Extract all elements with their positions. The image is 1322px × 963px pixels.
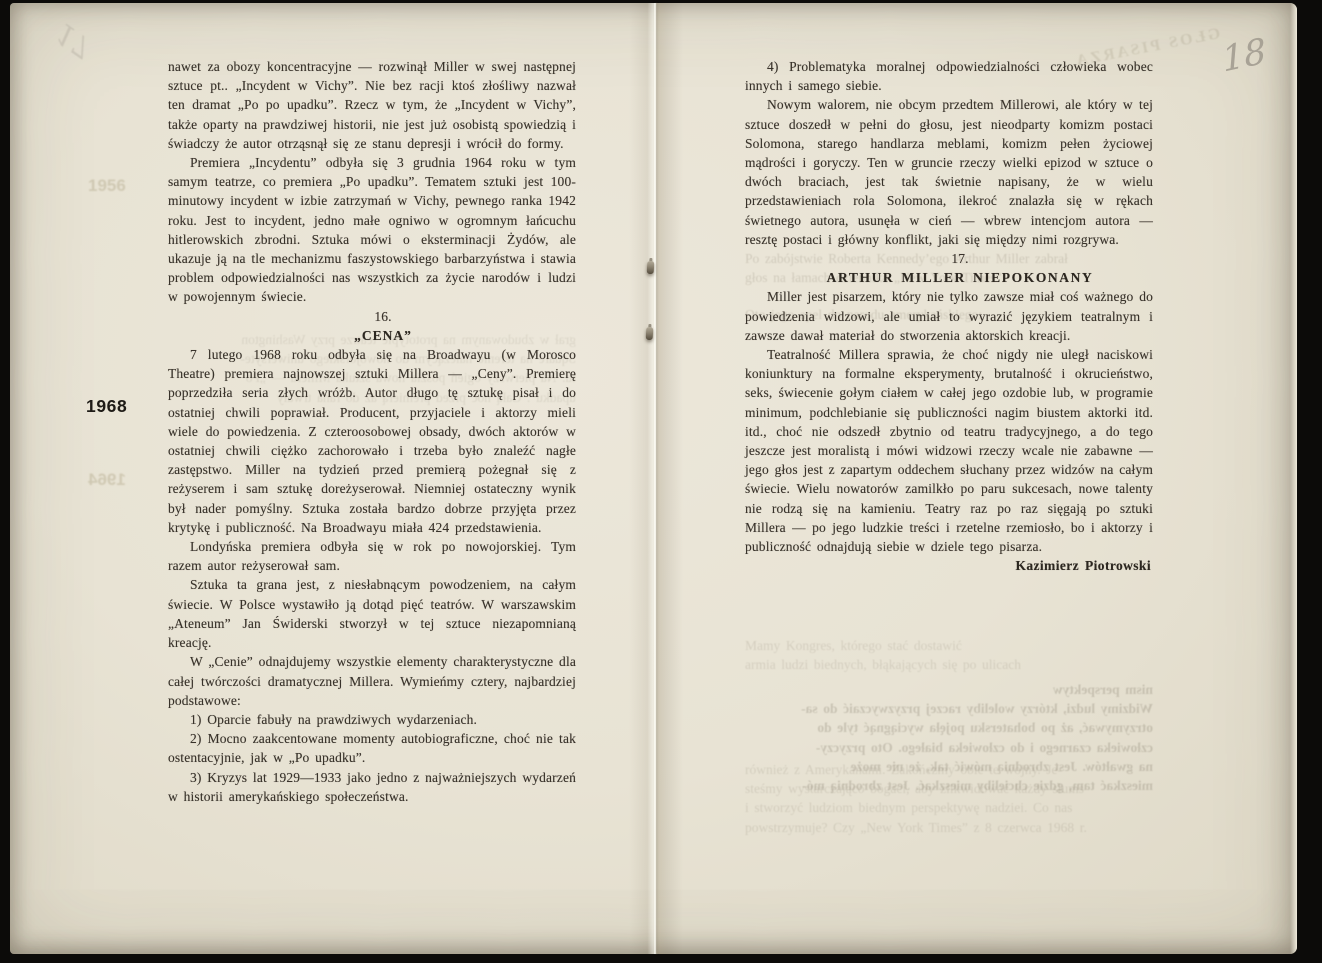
section-number: 17. [745,249,1153,268]
gutter-shadow [629,3,683,954]
staple-bottom [646,327,654,340]
gutter-fold [654,3,656,954]
paragraph: Teatralność Millera sprawia, że choć nig… [745,345,1153,556]
numbered-item: 4) Problematyka moralnej odpowiedzialnoś… [745,57,1153,95]
paragraph: nawet za obozy koncentracyjne — rozwinął… [168,57,576,153]
section-number: 16. [168,307,576,326]
numbered-item: 2) Mocno zaakcentowane momenty autobiogr… [168,729,576,767]
ghost-text-right-bottom-b: również z Amerykanami. Zakończmy obie te… [745,760,1153,837]
paragraph: Nowym walorem, nie obcym przedtem Miller… [745,95,1153,249]
margin-year-label: 1968 [86,396,127,417]
paragraph: Premiera „Incydentu” odbyła się 3 grudni… [168,153,576,307]
left-page-column: nawet za obozy koncentracyjne — rozwinął… [168,57,576,806]
ghost-text-right-bottom-a: Mamy Kongres, którego stać dostawić armi… [745,636,1153,674]
right-page-edge [1290,3,1297,954]
paragraph: 7 lutego 1968 roku odbyła się na Broadwa… [168,345,576,537]
staple-top [647,261,655,274]
ghost-margin-year-1964: 1964 [88,470,126,490]
paragraph: Sztuka ta grana jest, z niesłabnącym pow… [168,575,576,652]
numbered-item: 1) Oparcie fabuły na prawdziwych wydarze… [168,710,576,729]
right-page-column: 4) Problematyka moralnej odpowiedzialnoś… [745,57,1153,575]
numbered-item: 3) Kryzys lat 1929—1933 jako jedno z naj… [168,768,576,806]
section-title: „CENA” [168,326,576,345]
paragraph: Londyńska premiera odbyła się w rok po n… [168,537,576,575]
scanned-book-spread: { "left": { "p1": "nawet za obozy koncen… [0,0,1322,963]
ghost-margin-year-1956: 1956 [88,176,126,196]
paragraph: Miller jest pisarzem, który nie tylko za… [745,287,1153,345]
paragraph: W „Cenie” odnajdujemy wszystkie elementy… [168,652,576,710]
author-signature: Kazimierz Piotrowski [745,556,1153,575]
section-title: ARTHUR MILLER NIEPOKONANY [745,268,1153,287]
